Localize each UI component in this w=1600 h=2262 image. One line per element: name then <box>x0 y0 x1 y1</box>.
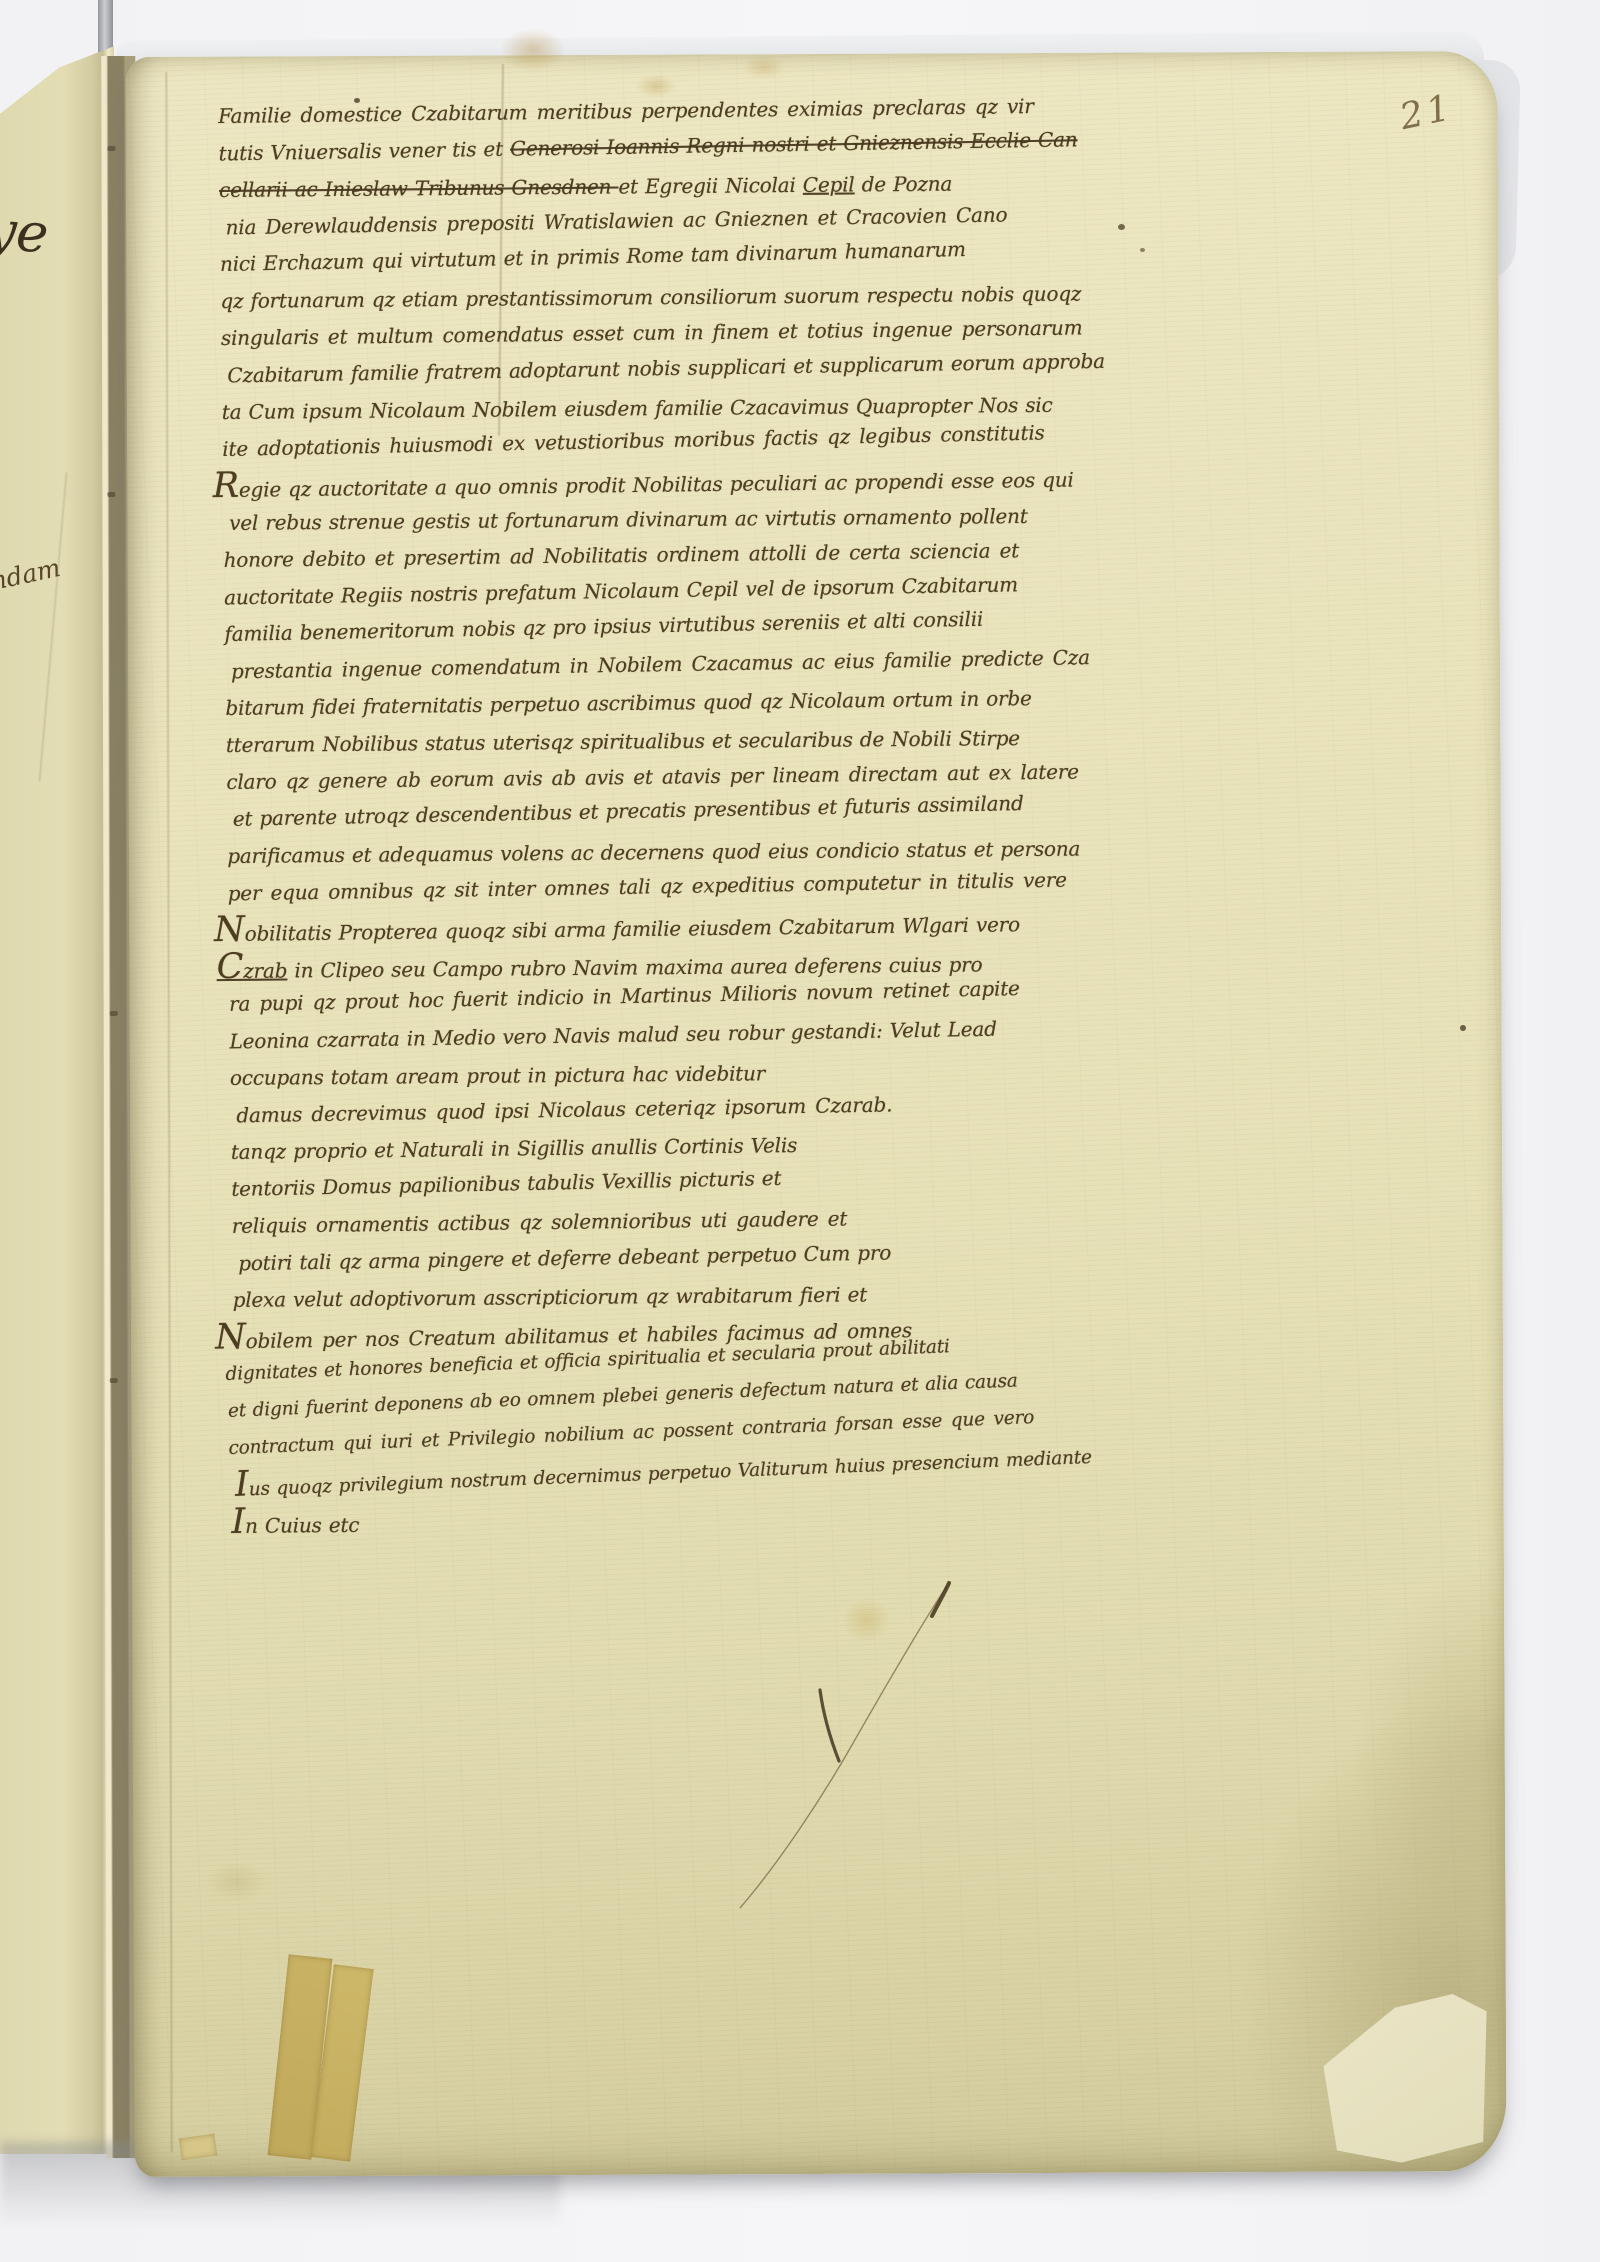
text-segment: vel rebus strenue gestis ut fortunarum d… <box>229 504 1028 535</box>
stain <box>500 28 566 72</box>
text-segment: bitarum fidei fraternitatis perpetuo asc… <box>225 686 1031 720</box>
crease-line <box>38 473 67 782</box>
text-segment: plexa velut adoptivorum asscripticiorum … <box>233 1282 868 1312</box>
text-segment: cellarii ac Inieslaw Tribunus Gnesdnen <box>219 175 619 202</box>
text-segment: potiri tali qz arma pingere et deferre d… <box>238 1240 891 1275</box>
text-segment: tentoriis Domus papilionibus tabulis Vex… <box>231 1166 781 1201</box>
text-segment: Czabitarum familie fratrem adoptarunt no… <box>227 349 1105 388</box>
text-segment: In Cuius etc <box>231 1513 359 1538</box>
text-segment: Generosi Ioannis Regni nostri et Gniezne… <box>510 127 1078 160</box>
manuscript-scan: ſe ye ndam 21 Familie domestice Czabitar… <box>0 0 1600 2262</box>
text-segment: Familie domestice Czabitarum meritibus p… <box>218 94 1034 128</box>
text-segment: occupans totam aream prout in pictura ha… <box>230 1061 765 1090</box>
text-segment: nici Erchazum qui virtutum et in primis … <box>220 237 966 276</box>
binding-thread <box>110 1011 118 1016</box>
text-segment: honore debito et presertim ad Nobilitati… <box>223 538 1019 572</box>
text-segment: tutis Vniuersalis vener tis et <box>218 137 510 166</box>
text-segment: tanqz proprio et Naturali in Sigillis an… <box>231 1133 798 1164</box>
stain <box>206 1862 266 1902</box>
text-segment: Leonina czarrata in Medio vero Navis mal… <box>229 1017 997 1054</box>
previous-page-text-fragment: ye <box>0 197 51 265</box>
text-segment: Regie qz auctoritate a quo omnis prodit … <box>213 468 1074 503</box>
text-segment: damus decrevimus quod ipsi Nicolaus cete… <box>236 1092 892 1127</box>
text-segment: qz fortunarum qz etiam prestantissimorum… <box>220 281 1081 313</box>
text-segment: Cepil <box>803 172 855 196</box>
text-segment: et Egregii Nicolai <box>618 173 803 199</box>
text-block: Familie domestice Czabitarum meritibus p… <box>218 84 1416 1541</box>
text-segment: tterarum Nobilibus status uterisqz spiri… <box>226 726 1020 757</box>
text-segment: per equa omnibus qz sit inter omnes tali… <box>228 868 1067 906</box>
text-segment: prestantia ingenue comendatum in Nobilem… <box>231 645 1090 683</box>
text-segment: Czrab <box>217 958 288 983</box>
binding-thread <box>110 1378 118 1383</box>
text-segment: reliquis ornamentis actibus qz solemnior… <box>232 1206 848 1238</box>
text-segment: Nobilitatis Propterea quoqz sibi arma fa… <box>214 912 1020 946</box>
stain <box>842 1598 890 1642</box>
text-segment: de Pozna <box>854 172 952 197</box>
ink-speck <box>1460 1025 1466 1031</box>
binding-thread <box>107 492 115 497</box>
previous-page-corner-fragment: ſe <box>0 33 28 75</box>
previous-page-margin-note: ndam <box>0 553 63 596</box>
binding-thread <box>107 146 115 151</box>
stain <box>742 54 786 80</box>
previous-page-edge: ſe ye ndam <box>0 42 114 2154</box>
